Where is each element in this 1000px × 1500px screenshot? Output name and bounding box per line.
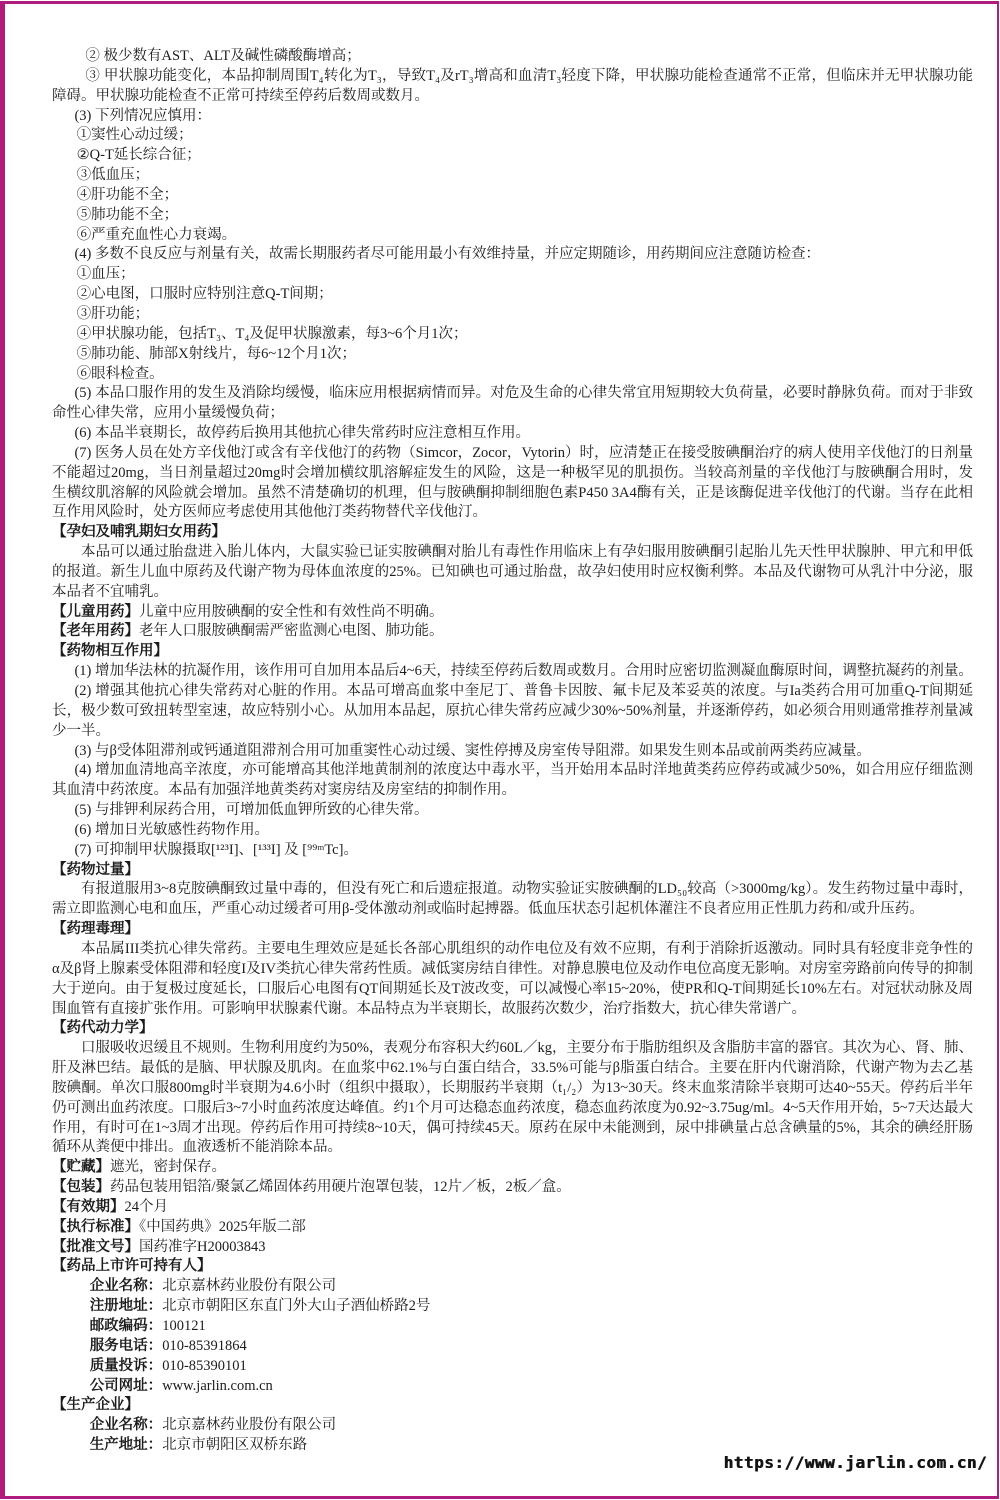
holder-registered-address-label: 注册地址： — [90, 1298, 163, 1314]
section-pharmacokinetics: 【药代动力学】 — [52, 1019, 973, 1039]
section-license-holder: 【药品上市许可持有人】 — [52, 1257, 973, 1277]
caution-conditions-heading: (3) 下列情况应慎用： — [52, 107, 973, 127]
monitor-item-1: ①血压； — [52, 265, 973, 285]
simvastatin-note: (7) 医务人员在处方辛伐他汀或含有辛伐他汀的药物（Simcor，Zocor，V… — [52, 444, 973, 523]
adverse-thyroid-function: ③ 甲状腺功能变化，本品抑制周围T₄转化为T₃，导致T₄及rT₃增高和血清T₃轻… — [52, 67, 973, 107]
holder-service-phone-label: 服务电话： — [90, 1338, 163, 1354]
interaction-7: (7) 可抑制甲状腺摄取[¹²³I]、[¹³³I] 及 [⁹⁹ᵐTc]。 — [52, 841, 973, 861]
holder-quality-complaint-label: 质量投诉： — [90, 1358, 163, 1374]
monitor-item-5: ⑤肺功能、肺部X射线片，每6~12个月1次； — [52, 345, 973, 365]
monitor-item-2: ②心电图，口服时应特别注意Q-T间期； — [52, 285, 973, 305]
caution-item-6: ⑥严重充血性心力衰竭。 — [52, 226, 973, 246]
monitor-item-6: ⑥眼科检查。 — [52, 365, 973, 385]
section-pharmacology: 【药理毒理】 — [52, 920, 973, 940]
onset-elimination-note: (5) 本品口服作用的发生及消除均缓慢，临床应用根据病情而异。对危及生命的心律失… — [52, 384, 973, 424]
holder-company-name: 企业名称：北京嘉林药业股份有限公司 — [52, 1277, 973, 1297]
section-manufacturer: 【生产企业】 — [52, 1396, 973, 1416]
section-pediatric-label: 【儿童用药】 — [52, 604, 139, 620]
monitor-item-3: ③肝功能； — [52, 305, 973, 325]
package-insert-page: ② 极少数有AST、ALT及碱性磷酸酶增高；③ 甲状腺功能变化，本品抑制周围T₄… — [0, 0, 1000, 1500]
holder-postal-code-label: 邮政编码： — [90, 1318, 163, 1334]
holder-website-label: 公司网址： — [90, 1378, 163, 1394]
interaction-3: (3) 与β受体阻滞剂或钙通道阻滞剂合用可加重窦性心动过缓、窦性停搏及房室传导阻… — [52, 742, 973, 762]
manufacturer-production-address-label: 生产地址： — [90, 1437, 163, 1453]
caution-item-4: ④肝功能不全； — [52, 186, 973, 206]
holder-registered-address: 注册地址：北京市朝阳区东直门外大山子酒仙桥路2号 — [52, 1297, 973, 1317]
section-storage: 【贮藏】遮光，密封保存。 — [52, 1158, 973, 1178]
holder-postal-code: 邮政编码：100121 — [52, 1317, 973, 1337]
holder-website: 公司网址：www.jarlin.com.cn — [52, 1377, 973, 1397]
interaction-4: (4) 增加血清地高辛浓度，亦可能增高其他洋地黄制剂的浓度达中毒水平，当开始用本… — [52, 761, 973, 801]
section-storage-label: 【贮藏】 — [52, 1159, 110, 1175]
interaction-6: (6) 增加日光敏感性药物作用。 — [52, 821, 973, 841]
dose-related-monitoring: (4) 多数不良反应与剂量有关，故需长期服药者尽可能用最小有效维持量，并应定期随… — [52, 245, 973, 265]
holder-company-name-label: 企业名称： — [90, 1278, 163, 1294]
section-pregnancy: 【孕妇及哺乳期妇女用药】 — [52, 523, 973, 543]
section-packaging-label: 【包装】 — [52, 1179, 110, 1195]
manufacturer-company-name-label: 企业名称： — [90, 1417, 163, 1433]
half-life-note: (6) 本品半衰期长，故停药后换用其他抗心律失常药时应注意相互作用。 — [52, 424, 973, 444]
interaction-2: (2) 增强其他抗心律失常药对心脏的作用。本品可增高血浆中奎尼丁、普鲁卡因胺、氟… — [52, 682, 973, 742]
section-validity-label: 【有效期】 — [52, 1199, 125, 1215]
section-validity: 【有效期】24个月 — [52, 1198, 973, 1218]
overdose-body: 有报道服用3~8克胺碘酮致过量中毒的，但没有死亡和后遗症报道。动物实验证实胺碘酮… — [52, 880, 973, 920]
caution-item-2: ②Q-T延长综合征； — [52, 146, 973, 166]
caution-item-1: ①窦性心动过缓； — [52, 126, 973, 146]
section-approval-number-label: 【批准文号】 — [52, 1239, 139, 1255]
section-standard: 【执行标准】《中国药典》2025年版二部 — [52, 1218, 973, 1238]
section-pediatric: 【儿童用药】儿童中应用胺碘酮的安全性和有效性尚不明确。 — [52, 603, 973, 623]
section-packaging: 【包装】药品包装用铝箔/聚氯乙烯固体药用硬片泡罩包装，12片／板，2板／盒。 — [52, 1178, 973, 1198]
section-geriatric-label: 【老年用药】 — [52, 623, 139, 639]
section-standard-label: 【执行标准】 — [52, 1219, 139, 1235]
document-body: ② 极少数有AST、ALT及碱性磷酸酶增高；③ 甲状腺功能变化，本品抑制周围T₄… — [52, 47, 973, 1456]
section-interactions: 【药物相互作用】 — [52, 642, 973, 662]
holder-service-phone: 服务电话：010-85391864 — [52, 1337, 973, 1357]
interaction-1: (1) 增加华法林的抗凝作用，该作用可自加用本品后4~6天，持续至停药后数周或数… — [52, 662, 973, 682]
website-url[interactable]: https://www.jarlin.com.cn/ — [724, 1453, 987, 1472]
section-overdose: 【药物过量】 — [52, 861, 973, 881]
monitor-item-4: ④甲状腺功能，包括T₃、T₄及促甲状腺激素，每3~6个月1次； — [52, 325, 973, 345]
pharmacokinetics-body: 口服吸收迟缓且不规则。生物利用度约为50%，表观分布容积大约60L／kg，主要分… — [52, 1039, 973, 1158]
manufacturer-company-name: 企业名称：北京嘉林药业股份有限公司 — [52, 1416, 973, 1436]
holder-quality-complaint: 质量投诉：010-85390101 — [52, 1357, 973, 1377]
pharmacology-body: 本品属III类抗心律失常药。主要电生理效应是延长各部心肌组织的动作电位及有效不应… — [52, 940, 973, 1019]
caution-item-3: ③低血压； — [52, 166, 973, 186]
interaction-5: (5) 与排钾利尿药合用，可增加低血钾所致的心律失常。 — [52, 801, 973, 821]
pregnancy-body: 本品可以通过胎盘进入胎儿体内，大鼠实验已证实胺碘酮对胎儿有毒性作用临床上有孕妇服… — [52, 543, 973, 603]
caution-item-5: ⑤肺功能不全； — [52, 206, 973, 226]
section-approval-number: 【批准文号】国药准字H20003843 — [52, 1238, 973, 1258]
section-geriatric: 【老年用药】老年人口服胺碘酮需严密监测心电图、肺功能。 — [52, 622, 973, 642]
adverse-liver-enzymes: ② 极少数有AST、ALT及碱性磷酸酶增高； — [52, 47, 973, 67]
